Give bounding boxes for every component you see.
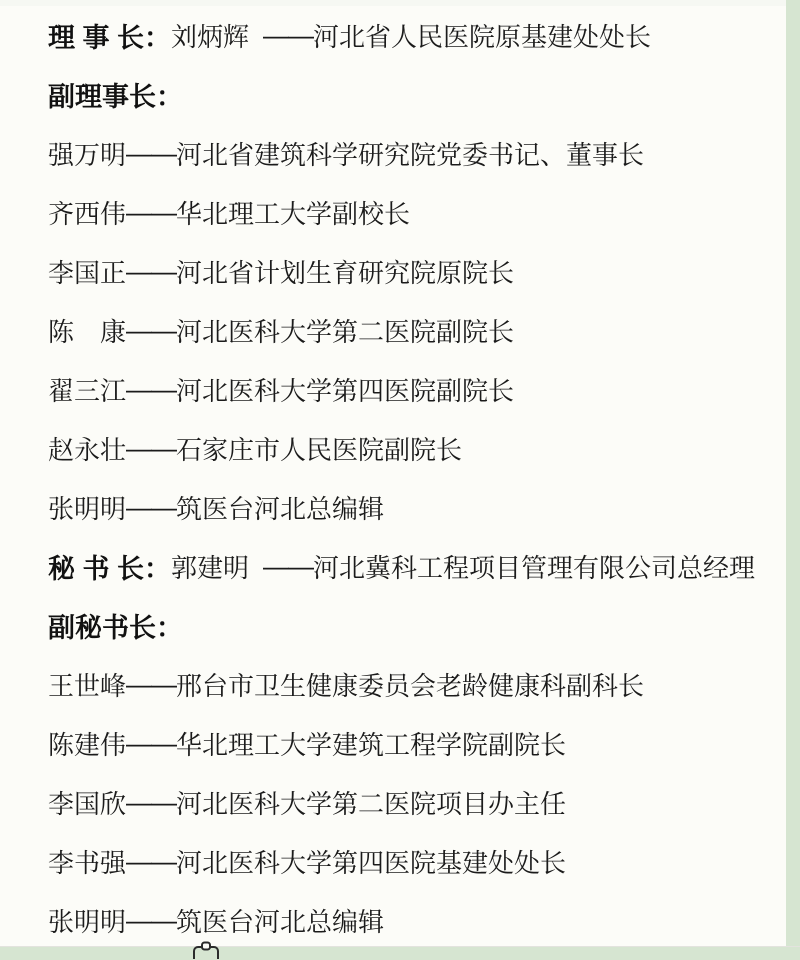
person-affiliation: 石家庄市人民医院副院长 (176, 430, 462, 467)
dash-separator: —— (263, 551, 313, 582)
person-affiliation: 河北医科大学第二医院项目办主任 (176, 784, 566, 821)
dash-separator: —— (126, 905, 176, 936)
document-page: 理 事 长：刘炳辉——河北省人民医院原基建处处长 副理事长： 强万明——河北省建… (0, 0, 800, 960)
person-affiliation: 筑医台河北总编辑 (176, 902, 384, 939)
person-affiliation: 河北省建筑科学研究院党委书记、董事长 (176, 135, 644, 172)
roster-entry: 张明明——筑医台河北总编辑 (48, 891, 776, 950)
person-name: 李国正 (48, 253, 126, 290)
dash-separator: —— (126, 728, 176, 759)
person-name: 陈建伟 (48, 725, 126, 762)
person-name: 张明明 (48, 902, 126, 939)
roster-entry: 陈建伟——华北理工大学建筑工程学院副院长 (48, 714, 776, 773)
roster-entry: 赵永壮——石家庄市人民医院副院长 (48, 419, 776, 478)
dash-separator: —— (126, 669, 176, 700)
roster-entry: 强万明——河北省建筑科学研究院党委书记、董事长 (48, 124, 776, 183)
person-name: 翟三江 (48, 371, 126, 408)
roster-entry: 陈 康——河北医科大学第二医院副院长 (48, 301, 776, 360)
dash-separator: —— (126, 433, 176, 464)
dash-separator: —— (126, 787, 176, 818)
roster-content: 理 事 长：刘炳辉——河北省人民医院原基建处处长 副理事长： 强万明——河北省建… (48, 6, 776, 950)
dash-separator: —— (126, 197, 176, 228)
person-affiliation: 邢台市卫生健康委员会老龄健康科副科长 (176, 666, 644, 703)
vice-chairman-heading: 副理事长： (48, 65, 776, 124)
person-affiliation: 河北省计划生育研究院原院长 (176, 253, 514, 290)
roster-entry: 李国正——河北省计划生育研究院原院长 (48, 242, 776, 301)
heading-label: 副秘书长： (48, 606, 183, 645)
dash-separator: —— (126, 315, 176, 346)
roster-entry: 翟三江——河北医科大学第四医院副院长 (48, 360, 776, 419)
person-name: 赵永壮 (48, 430, 126, 467)
person-affiliation: 河北冀科工程项目管理有限公司总经理 (313, 548, 755, 585)
page-border-bottom (0, 946, 800, 960)
roster-entry: 李书强——河北医科大学第四医院基建处处长 (48, 832, 776, 891)
page-border-right (786, 0, 800, 960)
heading-label: 副理事长： (48, 75, 183, 114)
roster-entry: 齐西伟——华北理工大学副校长 (48, 183, 776, 242)
person-name: 强万明 (48, 135, 126, 172)
person-affiliation: 华北理工大学建筑工程学院副院长 (176, 725, 566, 762)
person-name: 齐西伟 (48, 194, 126, 231)
person-affiliation: 河北医科大学第二医院副院长 (176, 312, 514, 349)
person-affiliation: 华北理工大学副校长 (176, 194, 410, 231)
dash-separator: —— (126, 492, 176, 523)
person-name: 刘炳辉 (171, 17, 249, 54)
chairman-label: 理 事 长： (48, 16, 171, 55)
person-name: 王世峰 (48, 666, 126, 703)
person-affiliation: 筑医台河北总编辑 (176, 489, 384, 526)
person-affiliation: 河北医科大学第四医院基建处处长 (176, 843, 566, 880)
person-name: 陈 康 (48, 312, 126, 349)
person-name: 张明明 (48, 489, 126, 526)
person-affiliation: 河北医科大学第四医院副院长 (176, 371, 514, 408)
secretary-general-label: 秘 书 长： (48, 547, 171, 586)
roster-entry: 张明明——筑医台河北总编辑 (48, 478, 776, 537)
deputy-secretary-heading: 副秘书长： (48, 596, 776, 655)
dash-separator: —— (126, 846, 176, 877)
roster-entry: 李国欣——河北医科大学第二医院项目办主任 (48, 773, 776, 832)
clipboard-icon (192, 941, 220, 960)
person-name: 李国欣 (48, 784, 126, 821)
dash-separator: —— (126, 256, 176, 287)
dash-separator: —— (126, 374, 176, 405)
roster-entry: 王世峰——邢台市卫生健康委员会老龄健康科副科长 (48, 655, 776, 714)
dash-separator: —— (126, 138, 176, 169)
dash-separator: —— (263, 20, 313, 51)
secretary-general-line: 秘 书 长：郭建明——河北冀科工程项目管理有限公司总经理 (48, 537, 776, 596)
person-affiliation: 河北省人民医院原基建处处长 (313, 17, 651, 54)
person-name: 李书强 (48, 843, 126, 880)
person-name: 郭建明 (171, 548, 249, 585)
chairman-line: 理 事 长：刘炳辉——河北省人民医院原基建处处长 (48, 6, 776, 65)
